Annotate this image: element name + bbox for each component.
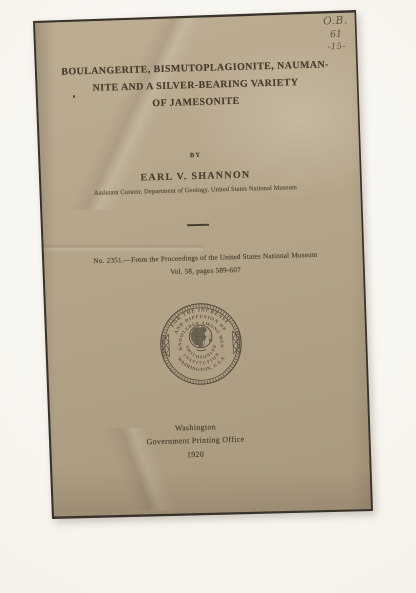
scanned-pamphlet-photo: BOULANGERITE, BISMUTOPLAGIONITE, NAUMAN-… (0, 0, 416, 593)
globe-stand (197, 349, 206, 351)
pencil-note: O.B. 61 -15- (313, 14, 359, 53)
pencil-note-line-2: 61 (314, 28, 358, 41)
pencil-note-line-1: O.B. (313, 14, 357, 28)
pamphlet-cover: BOULANGERITE, BISMUTOPLAGIONITE, NAUMAN-… (0, 0, 416, 593)
seal-globe (189, 325, 213, 352)
pencil-note-line-3: -15- (314, 41, 358, 53)
ink-speck (73, 95, 75, 98)
title: BOULANGERITE, BISMUTOPLAGIONITE, NAUMAN-… (32, 55, 358, 115)
smithsonian-seal-stamp: FOR THE INCREASE AND DIFFUSION OF KNOWLE… (156, 299, 246, 389)
